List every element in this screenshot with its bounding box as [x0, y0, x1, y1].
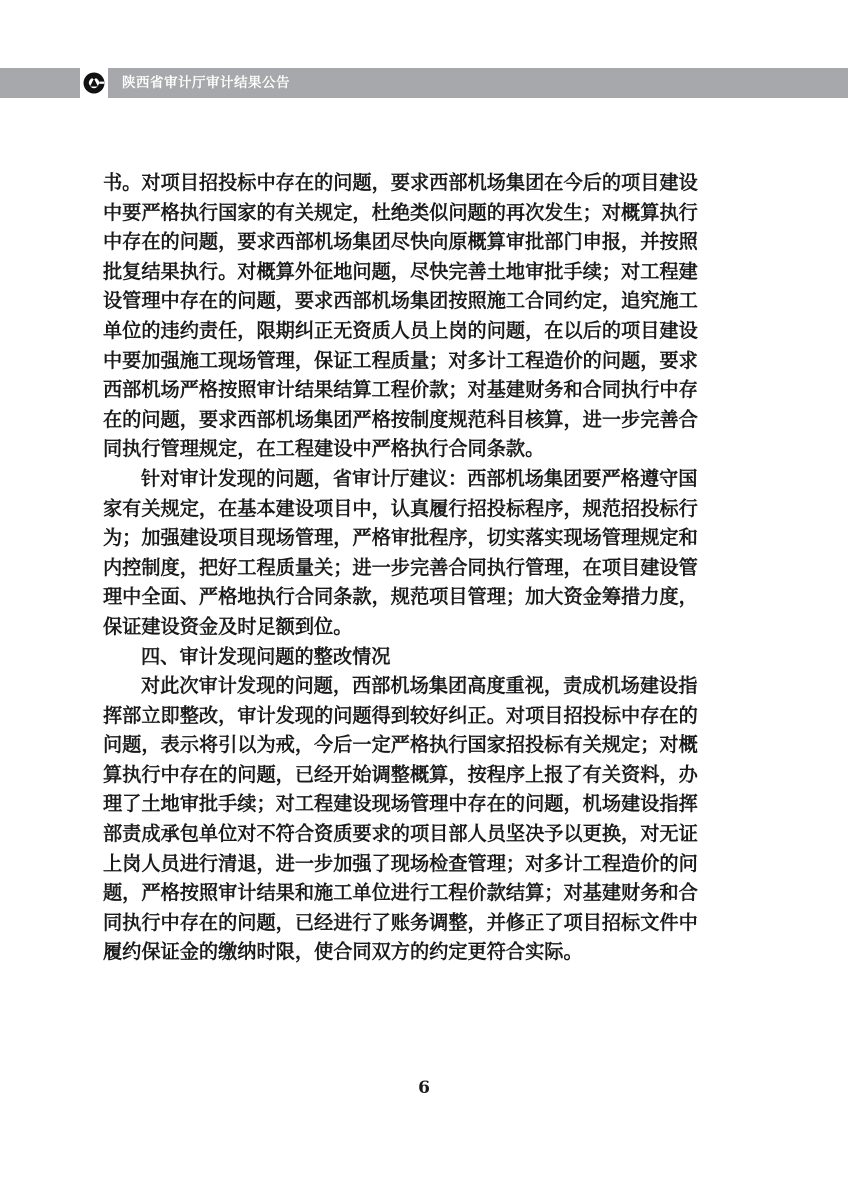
- text-line: 中要加强施工现场管理，保证工程质量；对多计工程造价的问题，要求: [103, 346, 669, 376]
- text-line: 理了土地审批手续；对工程建设现场管理中存在的问题，机场建设指挥: [103, 789, 669, 819]
- text-line: 针对审计发现的问题，省审计厅建议：西部机场集团要严格遵守国: [103, 464, 669, 494]
- text-line: 算执行中存在的问题，已经开始调整概算，按程序上报了有关资料，办: [103, 760, 669, 790]
- page-number: 6: [0, 1078, 848, 1098]
- text-line: 部责成承包单位对不符合资质要求的项目部人员坚决予以更换，对无证: [103, 819, 669, 849]
- text-line: 书。对项目招投标中存在的问题，要求西部机场集团在今后的项目建设: [103, 168, 669, 198]
- paragraph: 对此次审计发现的问题，西部机场集团高度重视，责成机场建设指 挥部立即整改，审计发…: [103, 671, 669, 967]
- text-line: 内控制度，把好工程质量关；进一步完善合同执行管理，在项目建设管: [103, 553, 669, 583]
- audit-emblem-icon: [83, 72, 105, 94]
- text-line: 题，严格按照审计结果和施工单位进行工程价款结算；对基建财务和合: [103, 878, 669, 908]
- text-line: 设管理中存在的问题，要求西部机场集团按照施工合同约定，追究施工: [103, 286, 669, 316]
- text-line: 中存在的问题，要求西部机场集团尽快向原概算审批部门申报，并按照: [103, 227, 669, 257]
- paragraph: 针对审计发现的问题，省审计厅建议：西部机场集团要严格遵守国 家有关规定，在基本建…: [103, 464, 669, 642]
- text-line: 西部机场严格按照审计结果结算工程价款；对基建财务和合同执行中存: [103, 375, 669, 405]
- text-line: 同执行管理规定，在工程建设中严格执行合同条款。: [103, 434, 669, 464]
- document-body: 书。对项目招投标中存在的问题，要求西部机场集团在今后的项目建设 中要严格执行国家…: [103, 168, 669, 967]
- text-line: 同执行中存在的问题，已经进行了账务调整，并修正了项目招标文件中: [103, 908, 669, 938]
- text-line: 上岗人员进行清退，进一步加强了现场检查管理；对多计工程造价的问: [103, 849, 669, 879]
- paragraph: 书。对项目招投标中存在的问题，要求西部机场集团在今后的项目建设 中要严格执行国家…: [103, 168, 669, 464]
- text-line: 挥部立即整改，审计发现的问题得到较好纠正。对项目招投标中存在的: [103, 701, 669, 731]
- text-line: 理中全面、严格地执行合同条款，规范项目管理；加大资金筹措力度，: [103, 582, 669, 612]
- text-line: 家有关规定，在基本建设项目中，认真履行招投标程序，规范招投标行: [103, 494, 669, 524]
- text-line: 问题，表示将引以为戒，今后一定严格执行国家招投标有关规定；对概: [103, 730, 669, 760]
- text-line: 中要严格执行国家的有关规定，杜绝类似问题的再次发生；对概算执行: [103, 198, 669, 228]
- text-line: 在的问题，要求西部机场集团严格按制度规范科目核算，进一步完善合: [103, 405, 669, 435]
- section-heading: 四、审计发现问题的整改情况: [103, 642, 669, 672]
- section-heading-text: 四、审计发现问题的整改情况: [103, 642, 669, 672]
- text-line: 批复结果执行。对概算外征地问题，尽快完善土地审批手续；对工程建: [103, 257, 669, 287]
- header-bar-left: [0, 68, 80, 98]
- header-title: 陕西省审计厅审计结果公告: [122, 68, 290, 98]
- text-line: 保证建设资金及时足额到位。: [103, 612, 669, 642]
- text-line: 单位的违约责任，限期纠正无资质人员上岗的问题，在以后的项目建设: [103, 316, 669, 346]
- text-line: 对此次审计发现的问题，西部机场集团高度重视，责成机场建设指: [103, 671, 669, 701]
- text-line: 履约保证金的缴纳时限，使合同双方的约定更符合实际。: [103, 937, 669, 967]
- text-line: 为；加强建设项目现场管理，严格审批程序，切实落实现场管理规定和: [103, 523, 669, 553]
